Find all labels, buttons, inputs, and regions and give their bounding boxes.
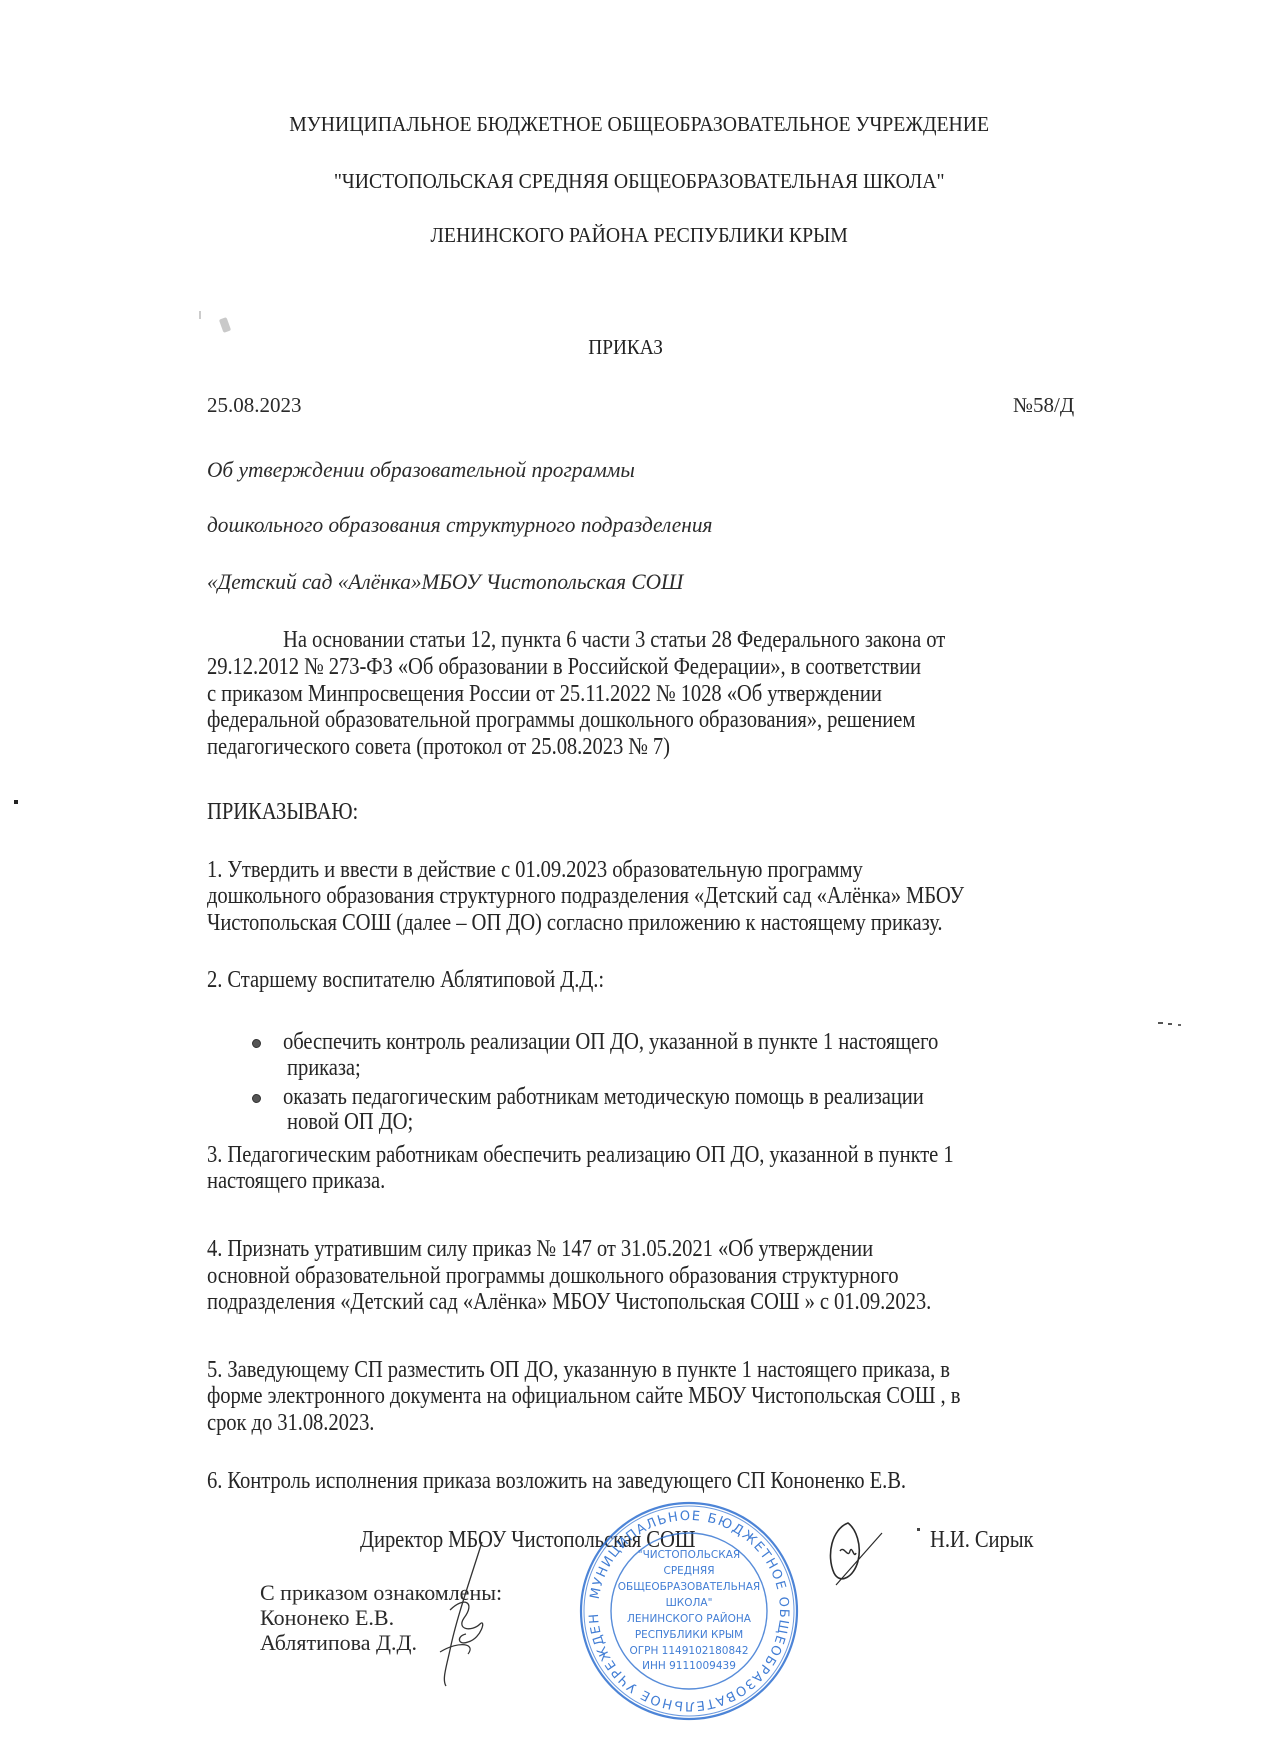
bullet-line: приказа;: [287, 1055, 361, 1082]
scan-artifact: [219, 317, 231, 333]
document-date: 25.08.2023: [207, 393, 302, 418]
acknowledged-name: Кононеко Е.В.: [260, 1605, 394, 1631]
acknowledged-name: Аблятипова Д.Д.: [260, 1630, 417, 1656]
bullet-line: новой ОП ДО;: [287, 1109, 413, 1136]
subject-line-3: «Детский сад «Алёнка»МБОУ Чистопольская …: [207, 569, 683, 595]
subject-line-2: дошкольного образования структурного под…: [207, 512, 712, 538]
svg-text:РЕСПУБЛИКИ КРЫМ: РЕСПУБЛИКИ КРЫМ: [635, 1629, 743, 1641]
svg-text:"ЧИСТОПОЛЬСКАЯ: "ЧИСТОПОЛЬСКАЯ: [638, 1549, 740, 1561]
bullet-line: обеспечить контроль реализации ОП ДО, ук…: [283, 1029, 938, 1056]
acknowledgement-signature-icon: [420, 1540, 520, 1690]
director-signature-icon: [820, 1515, 910, 1595]
svg-text:СРЕДНЯЯ: СРЕДНЯЯ: [664, 1565, 715, 1577]
order-item-6: 6. Контроль исполнения приказа возложить…: [207, 1468, 906, 1495]
item-line: 5. Заведующему СП разместить ОП ДО, указ…: [207, 1357, 950, 1384]
org-name-line-2: "ЧИСТОПОЛЬСКАЯ СРЕДНЯЯ ОБЩЕОБРАЗОВАТЕЛЬН…: [0, 169, 1276, 194]
item-line: срок до 31.08.2023.: [207, 1410, 374, 1437]
scan-artifact: [1158, 1022, 1163, 1024]
preamble-line: педагогического совета (протокол от 25.0…: [207, 734, 670, 761]
official-stamp: МУНИЦИПАЛЬНОЕ БЮДЖЕТНОЕ ОБЩЕОБРАЗОВАТЕЛЬ…: [578, 1500, 800, 1722]
item-line: основной образовательной программы дошко…: [207, 1263, 898, 1290]
item-line: 3. Педагогическим работникам обеспечить …: [207, 1142, 954, 1169]
director-name: Н.И. Сирык: [930, 1527, 1033, 1554]
bullet-line: оказать педагогическим работникам методи…: [283, 1084, 924, 1111]
svg-text:ОБЩЕОБРАЗОВАТЕЛЬНАЯ: ОБЩЕОБРАЗОВАТЕЛЬНАЯ: [618, 1581, 760, 1593]
scan-artifact: [1178, 1024, 1181, 1026]
order-item-2: 2. Старшему воспитателю Аблятиповой Д.Д.…: [207, 967, 604, 994]
preamble-line: с приказом Минпросвещения России от 25.1…: [207, 681, 882, 708]
svg-text:ИНН 9111009439: ИНН 9111009439: [642, 1660, 736, 1672]
scan-artifact: [1168, 1023, 1172, 1025]
scan-artifact: [917, 1528, 920, 1531]
bullet-icon: [252, 1039, 261, 1048]
item-line: настоящего приказа.: [207, 1168, 385, 1195]
order-word: ПРИКАЗЫВАЮ:: [207, 799, 358, 826]
stamp-inner-text: "ЧИСТОПОЛЬСКАЯ СРЕДНЯЯ ОБЩЕОБРАЗОВАТЕЛЬН…: [618, 1549, 760, 1672]
bullet-icon: [252, 1094, 261, 1103]
item-line: Чистопольская СОШ (далее – ОП ДО) соглас…: [207, 910, 942, 937]
org-name-line-3: ЛЕНИНСКОГО РАЙОНА РЕСПУБЛИКИ КРЫМ: [0, 223, 1276, 248]
item-line: подразделения «Детский сад «Алёнка» МБОУ…: [207, 1289, 931, 1316]
item-line: форме электронного документа на официаль…: [207, 1383, 960, 1410]
document-type-title: ПРИКАЗ: [0, 335, 1251, 360]
svg-text:ЛЕНИНСКОГО РАЙОНА: ЛЕНИНСКОГО РАЙОНА: [627, 1612, 752, 1625]
org-name-line-1: МУНИЦИПАЛЬНОЕ БЮДЖЕТНОЕ ОБЩЕОБРАЗОВАТЕЛЬ…: [0, 112, 1276, 137]
scan-artifact: [199, 311, 201, 319]
svg-text:ШКОЛА": ШКОЛА": [666, 1597, 713, 1609]
item-line: 1. Утвердить и ввести в действие с 01.09…: [207, 857, 863, 884]
svg-text:ОГРН 1149102180842: ОГРН 1149102180842: [629, 1645, 748, 1657]
scan-artifact: [14, 800, 18, 804]
preamble-line: 29.12.2012 № 273-ФЗ «Об образовании в Ро…: [207, 654, 921, 681]
item-line: дошкольного образования структурного под…: [207, 883, 964, 910]
preamble-line: федеральной образовательной программы до…: [207, 707, 915, 734]
preamble-line: На основании статьи 12, пункта 6 части 3…: [283, 627, 945, 654]
subject-line-1: Об утверждении образовательной программы: [207, 457, 635, 483]
document-number: №58/Д: [1013, 393, 1074, 418]
item-line: 4. Признать утратившим силу приказ № 147…: [207, 1236, 873, 1263]
